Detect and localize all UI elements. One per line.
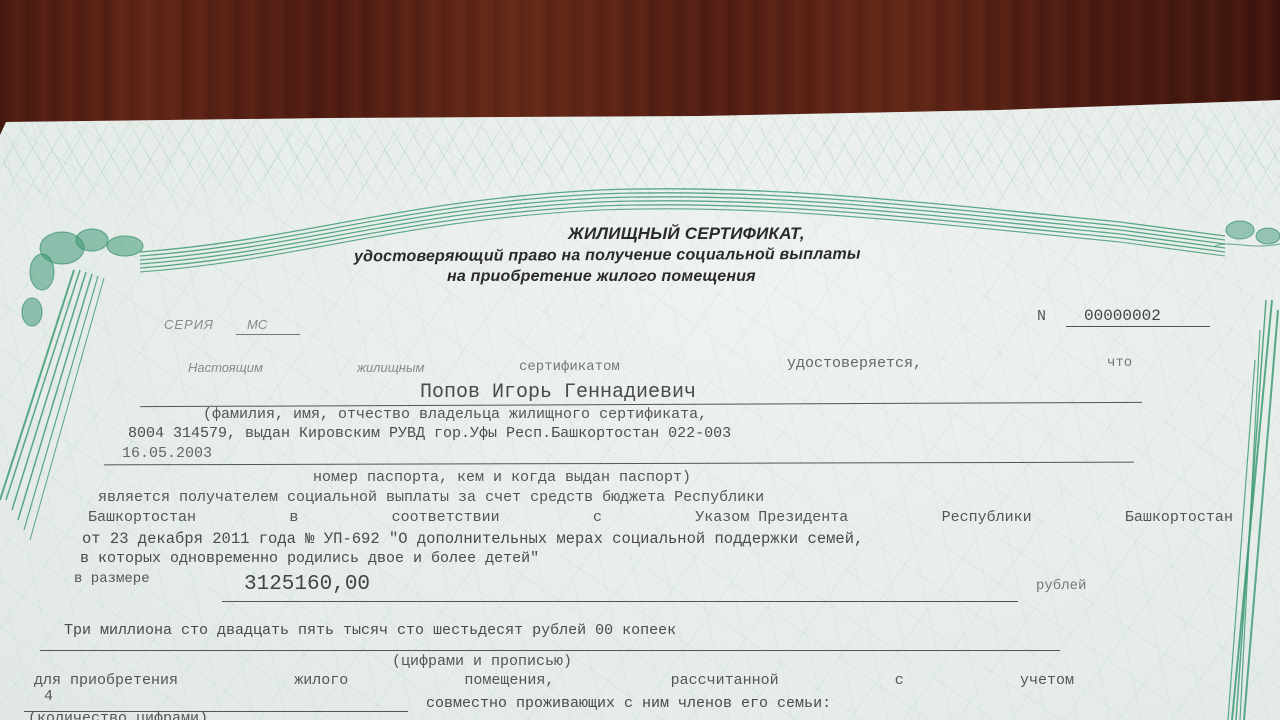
number-underline	[1066, 326, 1210, 327]
amount-currency: рублей	[1036, 578, 1086, 594]
series-underline	[236, 334, 300, 335]
passport-details: 8004 314579, выдан Кировским РУВД гор.Уф…	[128, 425, 731, 442]
purpose-word: помещения,	[464, 672, 554, 689]
purpose-word: учетом	[1020, 672, 1074, 689]
body-word: Республики	[942, 509, 1032, 526]
intro-word-1: Настоящим	[188, 360, 263, 375]
purpose-line: для приобретения жилого помещения, рассч…	[34, 672, 1074, 689]
intro-word-5: что	[1107, 355, 1132, 371]
amount-underline	[222, 601, 1018, 602]
family-text: совместно проживающих с ним членов его с…	[426, 695, 831, 712]
owner-name: Попов Игорь Геннадиевич	[420, 381, 696, 404]
passport-date: 16.05.2003	[122, 445, 212, 462]
body-line-1: является получателем социальной выплаты …	[98, 489, 764, 506]
body-word: Башкортостан	[88, 509, 196, 526]
amount-label: в размере	[74, 571, 150, 587]
body-line-4: в которых одновременно родились двое и б…	[80, 550, 539, 567]
certificate-number: 00000002	[1084, 307, 1161, 325]
intro-word-4: удостоверяется,	[787, 355, 922, 372]
body-word: Указом Президента	[695, 509, 848, 526]
family-count: 4	[44, 688, 53, 705]
series-value: МС	[247, 317, 267, 332]
amount-words-underline	[40, 650, 1060, 651]
certificate-subtitle: удостоверяющий право на получение социал…	[354, 246, 861, 267]
number-label: N	[1037, 308, 1046, 325]
purpose-word: с	[895, 672, 904, 689]
purpose-word: рассчитанной	[671, 672, 779, 689]
amount-in-words: Три миллиона сто двадцать пять тысяч сто…	[64, 622, 676, 639]
owner-caption: (фамилия, имя, отчество владельца жилищн…	[203, 406, 707, 423]
family-caption: (количество цифрами)	[28, 710, 208, 720]
body-word: Башкортостан	[1125, 509, 1233, 526]
body-line-3: от 23 декабря 2011 года № УП-692 "О допо…	[82, 530, 863, 548]
body-line-2: Башкортостан в соответствии с Указом Пре…	[88, 509, 1233, 526]
body-word: в	[289, 509, 298, 526]
amount-value: 3125160,00	[244, 573, 370, 596]
body-word: соответствии	[392, 509, 500, 526]
intro-word-2: жилищным	[357, 360, 424, 375]
amount-caption: (цифрами и прописью)	[392, 653, 572, 670]
certificate-title: ЖИЛИЩНЫЙ СЕРТИФИКАТ,	[568, 224, 805, 244]
body-word: с	[593, 509, 602, 526]
purpose-word: для приобретения	[34, 672, 178, 689]
certificate-subtitle-2: на приобретение жилого помещения	[447, 268, 756, 286]
intro-word-3: сертификатом	[519, 359, 620, 375]
series-label: СЕРИЯ	[164, 317, 214, 332]
passport-caption: номер паспорта, кем и когда выдан паспор…	[313, 469, 691, 486]
purpose-word: жилого	[294, 672, 348, 689]
